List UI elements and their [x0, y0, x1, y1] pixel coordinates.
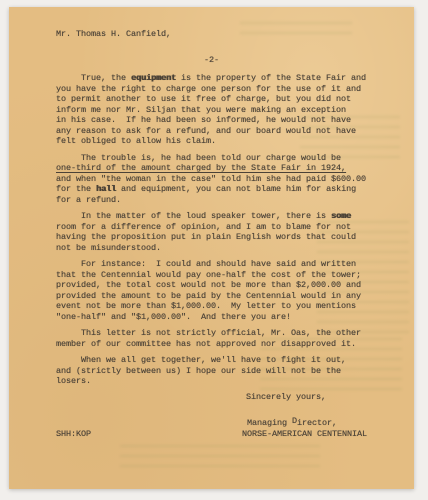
paragraph-2-text: The trouble is, he had been told our cha…	[56, 153, 341, 163]
signature-organization: NORSE-AMERICAN CENTENNIAL	[242, 429, 367, 440]
paragraph-1: True, the equipment is the property of t…	[56, 73, 392, 147]
overstruck-word: hall	[96, 184, 116, 194]
bleed-through-mark	[120, 439, 320, 473]
letter-body: True, the equipment is the property of t…	[56, 73, 392, 393]
raised-letter: D	[292, 416, 297, 426]
signature-title: Managing Director,	[247, 418, 337, 429]
paragraph-1-text: True, the	[56, 73, 131, 83]
overstruck-word: some	[331, 211, 351, 221]
paragraph-3-text: room for a difference of opinion, and I …	[56, 222, 356, 253]
paragraph-1-text: is the property of the State Fair and yo…	[56, 73, 366, 146]
paragraph-5: This letter is not strictly official, Mr…	[56, 328, 392, 349]
overstruck-word: equipment	[131, 73, 176, 83]
closing-salutation: Sincerely yours,	[246, 392, 326, 403]
signature-title-text: irector,	[297, 418, 337, 428]
paragraph-3: In the matter of the loud speaker tower,…	[56, 211, 392, 253]
paragraph-4: For instance: I could and should have sa…	[56, 259, 392, 322]
signature-title-text: Managing	[247, 418, 292, 428]
typist-initials: SHH:KOP	[56, 429, 91, 440]
letter-page: Mr. Thomas H. Canfield, -2- True, the eq…	[9, 7, 414, 489]
recipient-line: Mr. Thomas H. Canfield,	[56, 29, 171, 40]
page-number: -2-	[9, 55, 414, 66]
paragraph-6: When we all get together, we'll have to …	[56, 355, 392, 387]
bleed-through-mark	[240, 16, 352, 40]
paragraph-2: The trouble is, he had been told our cha…	[56, 153, 392, 206]
underlined-phrase: one-third of the amount charged by the S…	[56, 163, 346, 173]
paragraph-3-text: In the matter of the loud speaker tower,…	[56, 211, 331, 221]
